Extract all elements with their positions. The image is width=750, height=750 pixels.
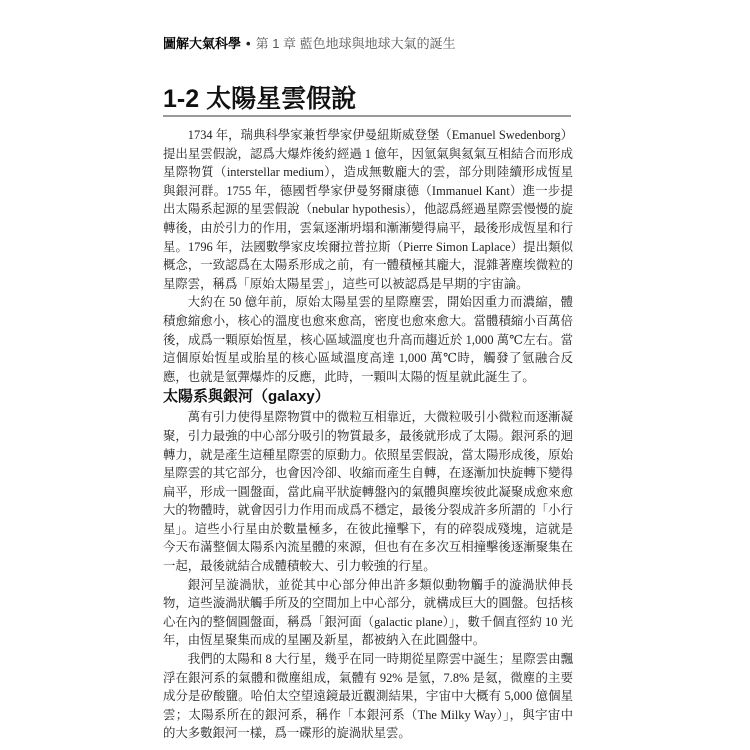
paragraph: 大約在 50 億年前，原始太陽星雲的星際塵雲，開始因重力而濃縮，體積愈縮愈小，核… bbox=[163, 293, 573, 386]
running-header: 圖解大氣科學•第 1 章 藍色地球與地球大氣的誕生 bbox=[163, 36, 456, 53]
book-page: 圖解大氣科學•第 1 章 藍色地球與地球大氣的誕生 1-2 太陽星雲假說 173… bbox=[0, 0, 750, 750]
paragraph: 萬有引力使得星際物質中的微粒互相靠近，大微粒吸引小微粒而逐漸凝聚，引力最強的中心… bbox=[163, 408, 573, 575]
chapter-title: 第 1 章 藍色地球與地球大氣的誕生 bbox=[256, 36, 456, 51]
title-underline-divider bbox=[163, 115, 571, 117]
section-title: 1-2 太陽星雲假說 bbox=[163, 84, 356, 114]
body-text: 1734 年，瑞典科學家兼哲學家伊曼紐斯威登堡（Emanuel Swedenbo… bbox=[163, 126, 573, 743]
paragraph: 我們的太陽和 8 大行星，幾乎在同一時期從星際雲中誕生；星際雲由飄浮在銀河系的氣… bbox=[163, 650, 573, 743]
book-title: 圖解大氣科學 bbox=[163, 37, 241, 52]
subsection-title: 太陽系與銀河（galaxy） bbox=[163, 386, 573, 408]
paragraph: 1734 年，瑞典科學家兼哲學家伊曼紐斯威登堡（Emanuel Swedenbo… bbox=[163, 126, 573, 293]
paragraph: 銀河呈漩渦狀，並從其中心部分伸出許多類似動物觸手的漩渦狀伸長物，這些漩渦狀觸手所… bbox=[163, 576, 573, 650]
header-separator: • bbox=[246, 36, 251, 51]
